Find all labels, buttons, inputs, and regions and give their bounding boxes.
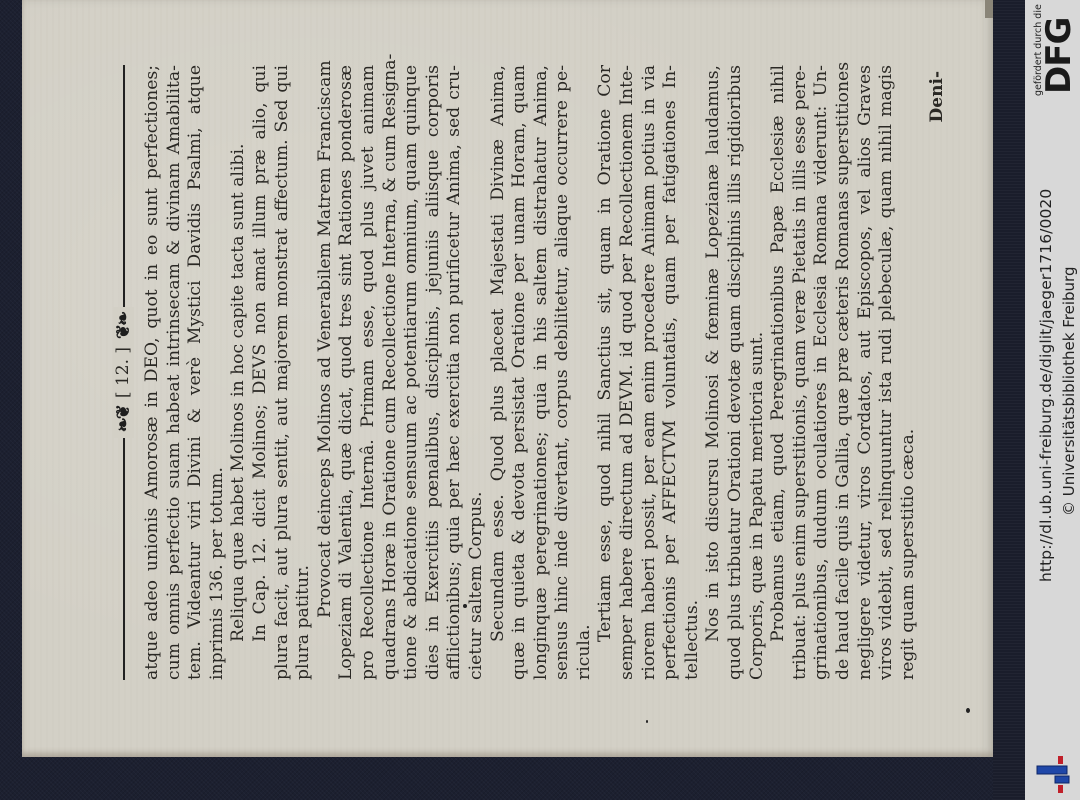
ornament-right-icon: ❦❧ bbox=[113, 313, 134, 339]
text-line: In Cap. 12. dicit Molinos; DEVS non amat… bbox=[250, 65, 272, 680]
text-line: cietur saltem Corpus. bbox=[466, 65, 488, 680]
catchword: Deni- bbox=[927, 65, 947, 680]
ornament-left-icon: ❧❦ bbox=[113, 406, 134, 432]
text-line: viros videbit, sed relinquuntur ista rud… bbox=[876, 65, 898, 680]
text-line: quadrans Horæ in Oratione cum Recollecti… bbox=[380, 65, 402, 680]
copyright-text: © Universitätsbibliothek Freiburg bbox=[1060, 267, 1078, 516]
text-line: regit quam superstitio cæca. bbox=[898, 65, 920, 680]
text-line: pro Recollectione Internâ. Primam esse, … bbox=[358, 65, 380, 680]
text-line: plura facit, aut plura sentit, aut major… bbox=[272, 65, 294, 680]
text-line: plura patitur. bbox=[293, 65, 315, 680]
text-line: afflictionibus; quia per hæc exercitia n… bbox=[444, 65, 466, 680]
text-line: grinationibus, dudum oculatiores in Eccl… bbox=[811, 65, 833, 680]
paper-speck bbox=[646, 720, 648, 723]
text-line: cum omnis perfectio suam habeat intrinse… bbox=[164, 65, 186, 680]
text-line: dies in Exercitiis pœnalibus, disciplini… bbox=[423, 65, 445, 680]
text-line: tellectus. bbox=[682, 65, 704, 680]
book-binding bbox=[993, 0, 1027, 800]
text-line: Corporis, quæ in Papatu meritoria sunt. bbox=[747, 65, 769, 680]
text-line: atque adeo unionis Amorosæ in DEO, quot … bbox=[142, 65, 164, 680]
text-line: de haud facile quis in Gallia, quæ præ c… bbox=[833, 65, 855, 680]
text-line: quæ in quieta & devota persistat Oration… bbox=[509, 65, 531, 680]
text-line: ricula. bbox=[574, 65, 596, 680]
text-line: Reliqua quæ habet Molinos in hoc capite … bbox=[228, 65, 250, 680]
header-center: ❧❦ [ 12. ] ❦❧ bbox=[113, 307, 134, 438]
text-line: tione & abdicatione sensuum ac potentiar… bbox=[401, 65, 423, 680]
running-header: ❧❦ [ 12. ] ❦❧ bbox=[110, 65, 136, 680]
text-line: negligere videtur, viros Cordatos, aut E… bbox=[855, 65, 877, 680]
text-line: sensus hinc inde divertant, corpus debil… bbox=[552, 65, 574, 680]
text-line: Tertiam esse, quod nihil Sanctius sit, q… bbox=[595, 65, 617, 680]
svg-text:DFG: DFG bbox=[1040, 18, 1074, 94]
page-url-link[interactable]: http://dl.ub.uni-freiburg.de/diglit/jaeg… bbox=[1037, 189, 1055, 582]
dfg-logo-icon[interactable]: DFG bbox=[1040, 16, 1074, 96]
text-line: semper habere directum ad DEVM. id quod … bbox=[617, 65, 639, 680]
text-line: Secundam esse. Quod plus placeat Majesta… bbox=[488, 65, 510, 680]
body-text: atque adeo unionis Amorosæ in DEO, quot … bbox=[142, 65, 919, 680]
page-content: ❧❦ [ 12. ] ❦❧ atque adeo unionis Amorosæ… bbox=[110, 65, 850, 680]
text-line: inprimis 136. per totum. bbox=[207, 65, 229, 680]
text-line: perfectionis per AFFECTVM voluntatis, qu… bbox=[660, 65, 682, 680]
page-number: [ 12. ] bbox=[113, 347, 133, 398]
text-line: tem. Videantur viri Divini & verè Mystic… bbox=[185, 65, 207, 680]
text-line: Nos in isto discursu Molinosi & fœminæ L… bbox=[703, 65, 725, 680]
text-line: longinquæ peregrinationes; quia in his s… bbox=[531, 65, 553, 680]
paper-speck bbox=[966, 708, 970, 713]
text-line: Probamus etiam, quod Peregrinationibus P… bbox=[768, 65, 790, 680]
text-line: Provocat deinceps Molinos ad Venerabilem… bbox=[315, 65, 337, 680]
ub-freiburg-logo-icon[interactable] bbox=[1029, 748, 1077, 794]
text-line: riorem haberi possit, per eam enim proce… bbox=[639, 65, 661, 680]
text-line: tribuat: plus enim superstitionis, quam … bbox=[790, 65, 812, 680]
text-line: quod plus tribuatur Orationi devotæ quam… bbox=[725, 65, 747, 680]
text-line: Lopeziam di Valentia, quæ dicat, quod tr… bbox=[336, 65, 358, 680]
